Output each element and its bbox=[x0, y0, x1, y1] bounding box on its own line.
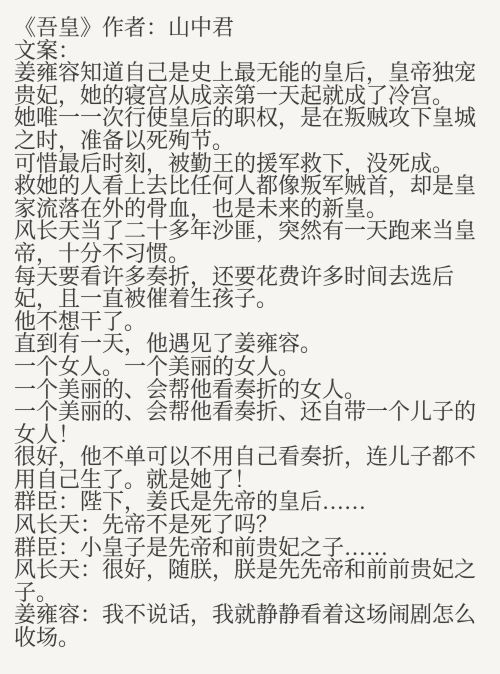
synopsis-paragraph: 每天要看许多奏折，还要花费许多时间去选后妃，且一直被催着生孩子。 bbox=[14, 266, 482, 311]
synopsis-label: 文案： bbox=[14, 40, 482, 63]
synopsis-paragraph: 姜雍容知道自己是史上最无能的皇后，皇帝独宠贵妃，她的寝宫从成亲第一天起就成了冷宫… bbox=[14, 62, 482, 107]
synopsis-paragraph: 风长天：先帝不是死了吗？ bbox=[14, 514, 482, 537]
synopsis-paragraph: 她唯一一次行使皇后的职权，是在叛贼攻下皇城之时，准备以死殉节。 bbox=[14, 107, 482, 152]
synopsis-paragraph: 一个美丽的、会帮他看奏折的女人。 bbox=[14, 379, 482, 402]
synopsis-paragraph: 群臣：陛下，姜氏是先帝的皇后…… bbox=[14, 491, 482, 514]
document-page: 《吾皇》作者：山中君 文案： 姜雍容知道自己是史上最无能的皇后，皇帝独宠贵妃，她… bbox=[0, 0, 500, 674]
synopsis-paragraph: 风长天当了二十多年沙匪，突然有一天跑来当皇帝，十分不习惯。 bbox=[14, 220, 482, 265]
synopsis-paragraph: 很好，他不单可以不用自己看奏折，连儿子都不用自己生了。就是她了！ bbox=[14, 446, 482, 491]
synopsis-paragraph: 风长天：很好，随朕，朕是先先帝和前前贵妃之子。 bbox=[14, 559, 482, 604]
synopsis-paragraph: 群臣：小皇子是先帝和前贵妃之子…… bbox=[14, 537, 482, 560]
synopsis-paragraph: 姜雍容：我不说话，我就静静看着这场闹剧怎么收场。 bbox=[14, 604, 482, 649]
synopsis-paragraph: 他不想干了。 bbox=[14, 311, 482, 334]
synopsis-paragraph: 救她的人看上去比任何人都像叛军贼首，却是皇家流落在外的骨血，也是未来的新皇。 bbox=[14, 175, 482, 220]
book-title-line: 《吾皇》作者：山中君 bbox=[14, 17, 482, 40]
synopsis-paragraph: 可惜最后时刻，被勤王的援军救下，没死成。 bbox=[14, 153, 482, 176]
synopsis-paragraph: 一个美丽的、会帮他看奏折、还自带一个儿子的女人！ bbox=[14, 401, 482, 446]
synopsis-body: 姜雍容知道自己是史上最无能的皇后，皇帝独宠贵妃，她的寝宫从成亲第一天起就成了冷宫… bbox=[14, 62, 486, 649]
synopsis-paragraph: 直到有一天，他遇见了姜雍容。 bbox=[14, 333, 482, 356]
synopsis-paragraph: 一个女人。一个美丽的女人。 bbox=[14, 356, 482, 379]
